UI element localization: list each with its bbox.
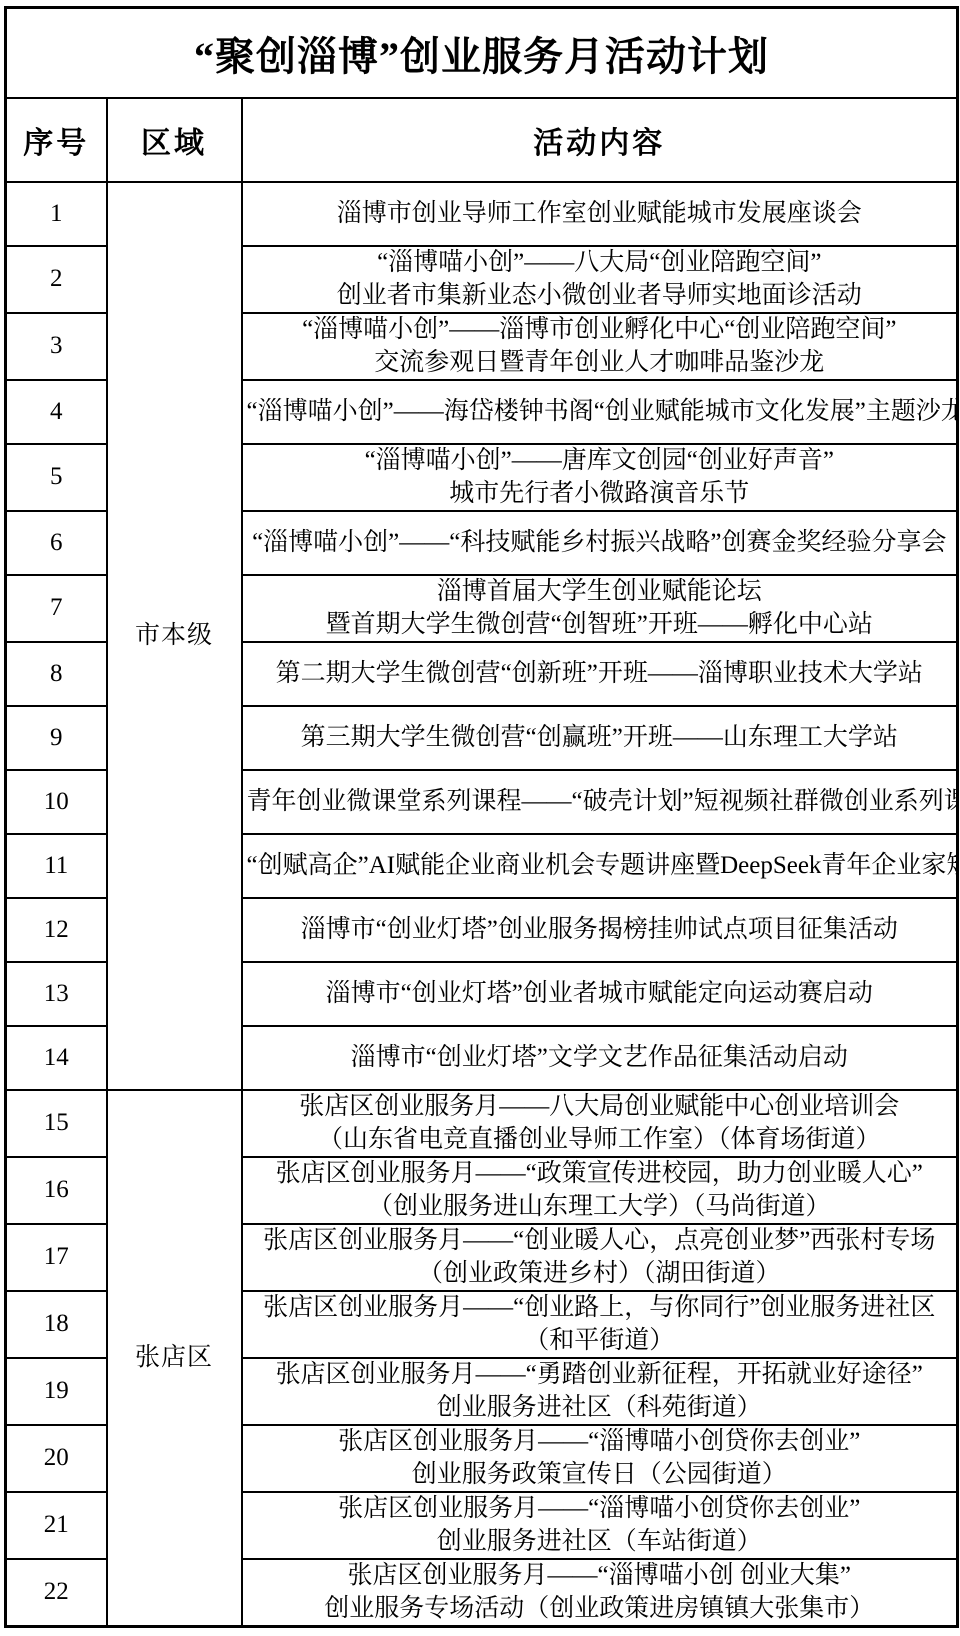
row-number: 20 bbox=[6, 1425, 107, 1492]
row-number: 19 bbox=[6, 1358, 107, 1425]
activity-line: 创业服务进社区（科苑街道） bbox=[247, 1392, 953, 1425]
row-number: 3 bbox=[6, 313, 107, 380]
activity-plan-table: “聚创淄博”创业服务月活动计划 序号 区域 活动内容 1市本级淄博市创业导师工作… bbox=[4, 6, 959, 1628]
activity-line: 交流参观日暨青年创业人才咖啡品鉴沙龙 bbox=[247, 347, 953, 380]
activity-line: 张店区创业服务月——“创业暖人心，点亮创业梦”西张村专场 bbox=[247, 1225, 953, 1258]
activity-cell: 张店区创业服务月——八大局创业赋能中心创业培训会（山东省电竞直播创业导师工作室）… bbox=[242, 1090, 958, 1157]
row-number: 14 bbox=[6, 1026, 107, 1090]
row-number: 5 bbox=[6, 444, 107, 511]
activity-cell: 第三期大学生微创营“创赢班”开班——山东理工大学站 bbox=[242, 706, 958, 770]
activity-cell: 张店区创业服务月——“政策宣传进校园，助力创业暖人心”（创业服务进山东理工大学）… bbox=[242, 1157, 958, 1224]
row-number: 17 bbox=[6, 1224, 107, 1291]
row-number: 22 bbox=[6, 1559, 107, 1627]
activity-line: 青年创业微课堂系列课程——“破壳计划”短视频社群微创业系列课程 bbox=[247, 786, 953, 819]
column-header-no: 序号 bbox=[6, 98, 107, 182]
activity-cell: “创赋高企”AI赋能企业商业机会专题讲座暨DeepSeek青年企业家短训营 bbox=[242, 834, 958, 898]
row-number: 10 bbox=[6, 770, 107, 834]
activity-cell: “淄博喵小创”——唐库文创园“创业好声音”城市先行者小微路演音乐节 bbox=[242, 444, 958, 511]
activity-line: 张店区创业服务月——“淄博喵小创贷你去创业” bbox=[247, 1493, 953, 1526]
column-header-activity: 活动内容 bbox=[242, 98, 958, 182]
activity-line: 张店区创业服务月——“淄博喵小创 创业大集” bbox=[247, 1560, 953, 1593]
activity-cell: 淄博市“创业灯塔”创业者城市赋能定向运动赛启动 bbox=[242, 962, 958, 1026]
region-cell: 张店区 bbox=[107, 1090, 242, 1627]
activity-line: “淄博喵小创”——海岱楼钟书阁“创业赋能城市文化发展”主题沙龙 bbox=[247, 396, 953, 429]
activity-line: 创业者市集新业态小微创业者导师实地面诊活动 bbox=[247, 280, 953, 313]
activity-line: 淄博市“创业灯塔”创业者城市赋能定向运动赛启动 bbox=[247, 978, 953, 1011]
activity-cell: “淄博喵小创”——海岱楼钟书阁“创业赋能城市文化发展”主题沙龙 bbox=[242, 380, 958, 444]
row-number: 4 bbox=[6, 380, 107, 444]
header-row: 序号 区域 活动内容 bbox=[6, 98, 958, 182]
activity-line: 张店区创业服务月——“勇踏创业新征程，开拓就业好途径” bbox=[247, 1359, 953, 1392]
activity-cell: “淄博喵小创”——“科技赋能乡村振兴战略”创赛金奖经验分享会 bbox=[242, 511, 958, 575]
activity-cell: 张店区创业服务月——“创业路上，与你同行”创业服务进社区（和平街道） bbox=[242, 1291, 958, 1358]
row-number: 6 bbox=[6, 511, 107, 575]
activity-line: （山东省电竞直播创业导师工作室）（体育场街道） bbox=[247, 1124, 953, 1157]
row-number: 18 bbox=[6, 1291, 107, 1358]
activity-line: 淄博市“创业灯塔”创业服务揭榜挂帅试点项目征集活动 bbox=[247, 914, 953, 947]
activity-line: 淄博首届大学生创业赋能论坛 bbox=[247, 576, 953, 609]
activity-line: 张店区创业服务月——“政策宣传进校园，助力创业暖人心” bbox=[247, 1158, 953, 1191]
activity-line: “淄博喵小创”——淄博市创业孵化中心“创业陪跑空间” bbox=[247, 314, 953, 347]
activity-cell: “淄博喵小创”——八大局“创业陪跑空间”创业者市集新业态小微创业者导师实地面诊活… bbox=[242, 246, 958, 313]
row-number: 11 bbox=[6, 834, 107, 898]
activity-cell: 淄博市创业导师工作室创业赋能城市发展座谈会 bbox=[242, 182, 958, 246]
table-row: 15张店区张店区创业服务月——八大局创业赋能中心创业培训会（山东省电竞直播创业导… bbox=[6, 1090, 958, 1157]
activity-line: 淄博市创业导师工作室创业赋能城市发展座谈会 bbox=[247, 198, 953, 231]
activity-line: 张店区创业服务月——八大局创业赋能中心创业培训会 bbox=[247, 1091, 953, 1124]
page-title: “聚创淄博”创业服务月活动计划 bbox=[6, 8, 958, 99]
activity-cell: 淄博市“创业灯塔”文学文艺作品征集活动启动 bbox=[242, 1026, 958, 1090]
activity-line: 创业服务进社区（车站街道） bbox=[247, 1526, 953, 1559]
activity-cell: 张店区创业服务月——“创业暖人心，点亮创业梦”西张村专场（创业政策进乡村）（湖田… bbox=[242, 1224, 958, 1291]
activity-line: 张店区创业服务月——“创业路上，与你同行”创业服务进社区 bbox=[247, 1292, 953, 1325]
region-cell: 市本级 bbox=[107, 182, 242, 1090]
activity-line: 张店区创业服务月——“淄博喵小创贷你去创业” bbox=[247, 1426, 953, 1459]
row-number: 16 bbox=[6, 1157, 107, 1224]
row-number: 15 bbox=[6, 1090, 107, 1157]
activity-cell: 青年创业微课堂系列课程——“破壳计划”短视频社群微创业系列课程 bbox=[242, 770, 958, 834]
activity-cell: 张店区创业服务月——“淄博喵小创贷你去创业”创业服务政策宣传日（公园街道） bbox=[242, 1425, 958, 1492]
activity-line: （创业服务进山东理工大学）（马尚街道） bbox=[247, 1191, 953, 1224]
activity-line: “淄博喵小创”——“科技赋能乡村振兴战略”创赛金奖经验分享会 bbox=[247, 527, 953, 560]
activity-line: （和平街道） bbox=[247, 1325, 953, 1358]
row-number: 12 bbox=[6, 898, 107, 962]
activity-line: 暨首期大学生微创营“创智班”开班——孵化中心站 bbox=[247, 609, 953, 642]
activity-cell: 张店区创业服务月——“淄博喵小创贷你去创业”创业服务进社区（车站街道） bbox=[242, 1492, 958, 1559]
table-row: 1市本级淄博市创业导师工作室创业赋能城市发展座谈会 bbox=[6, 182, 958, 246]
activity-line: 第三期大学生微创营“创赢班”开班——山东理工大学站 bbox=[247, 722, 953, 755]
activity-line: （创业政策进乡村）（湖田街道） bbox=[247, 1258, 953, 1291]
activity-line: 创业服务专场活动（创业政策进房镇镇大张集市） bbox=[247, 1593, 953, 1626]
title-row: “聚创淄博”创业服务月活动计划 bbox=[6, 8, 958, 99]
activity-line: “淄博喵小创”——唐库文创园“创业好声音” bbox=[247, 445, 953, 478]
activity-line: 第二期大学生微创营“创新班”开班——淄博职业技术大学站 bbox=[247, 658, 953, 691]
activity-line: “淄博喵小创”——八大局“创业陪跑空间” bbox=[247, 247, 953, 280]
row-number: 8 bbox=[6, 642, 107, 706]
activity-cell: 淄博首届大学生创业赋能论坛暨首期大学生微创营“创智班”开班——孵化中心站 bbox=[242, 575, 958, 642]
activity-cell: 张店区创业服务月——“勇踏创业新征程，开拓就业好途径”创业服务进社区（科苑街道） bbox=[242, 1358, 958, 1425]
row-number: 21 bbox=[6, 1492, 107, 1559]
column-header-region: 区域 bbox=[107, 98, 242, 182]
row-number: 13 bbox=[6, 962, 107, 1026]
activity-cell: 淄博市“创业灯塔”创业服务揭榜挂帅试点项目征集活动 bbox=[242, 898, 958, 962]
row-number: 7 bbox=[6, 575, 107, 642]
activity-cell: 张店区创业服务月——“淄博喵小创 创业大集”创业服务专场活动（创业政策进房镇镇大… bbox=[242, 1559, 958, 1627]
activity-line: 淄博市“创业灯塔”文学文艺作品征集活动启动 bbox=[247, 1042, 953, 1075]
activity-line: 城市先行者小微路演音乐节 bbox=[247, 478, 953, 511]
activity-line: 创业服务政策宣传日（公园街道） bbox=[247, 1459, 953, 1492]
row-number: 9 bbox=[6, 706, 107, 770]
activity-line: “创赋高企”AI赋能企业商业机会专题讲座暨DeepSeek青年企业家短训营 bbox=[247, 850, 953, 883]
table-body: 1市本级淄博市创业导师工作室创业赋能城市发展座谈会2“淄博喵小创”——八大局“创… bbox=[6, 182, 958, 1627]
row-number: 2 bbox=[6, 246, 107, 313]
row-number: 1 bbox=[6, 182, 107, 246]
activity-cell: 第二期大学生微创营“创新班”开班——淄博职业技术大学站 bbox=[242, 642, 958, 706]
activity-cell: “淄博喵小创”——淄博市创业孵化中心“创业陪跑空间”交流参观日暨青年创业人才咖啡… bbox=[242, 313, 958, 380]
